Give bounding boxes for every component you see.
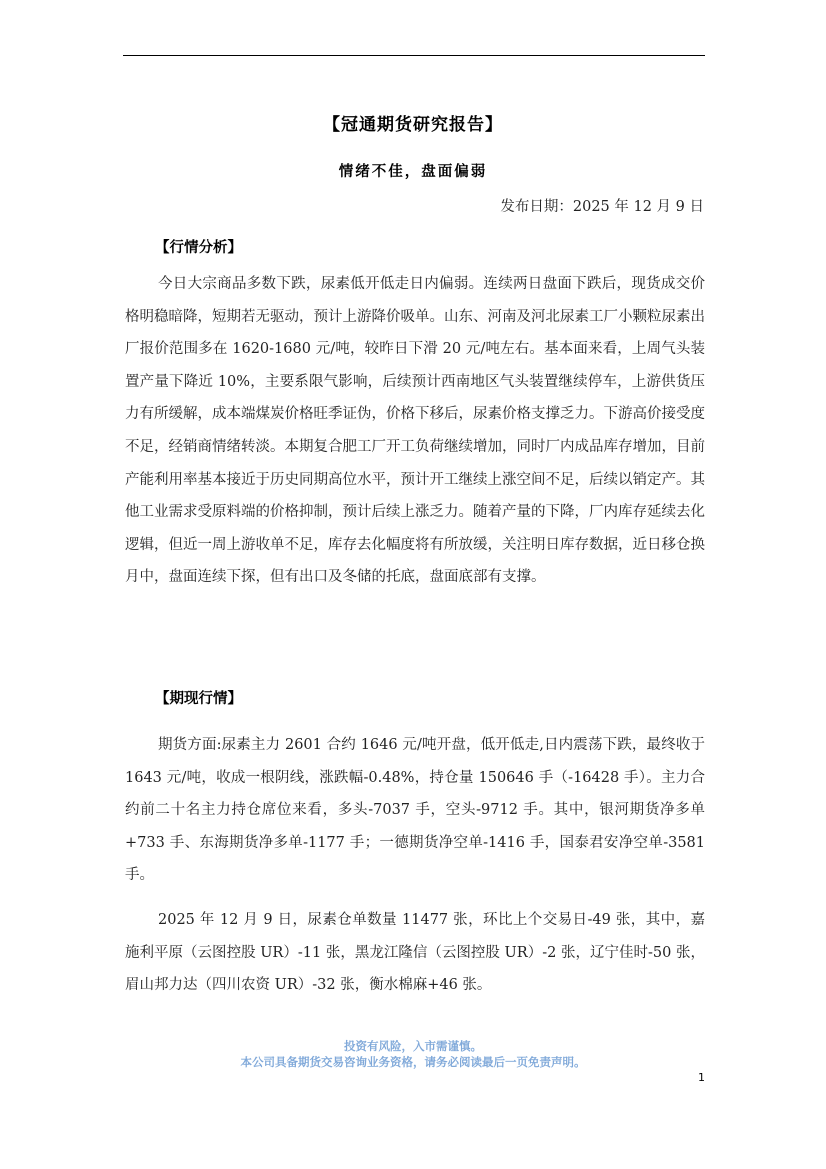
report-title: 【冠通期货研究报告】 <box>0 110 826 135</box>
warehouse-receipt-paragraph: 2025 年 12 月 9 日，尿素仓单数量 11477 张，环比上个交易日-4… <box>125 904 705 1002</box>
header-rule <box>123 55 705 56</box>
futures-paragraph: 期货方面:尿素主力 2601 合约 1646 元/吨开盘，低开低走,日内震荡下跌… <box>125 729 705 892</box>
footer-disclaimer: 投资有风险，入市需谨慎。 本公司具备期货交易咨询业务资格，请务必阅读最后一页免责… <box>0 1038 826 1070</box>
risk-warning: 投资有风险，入市需谨慎。 <box>0 1038 826 1054</box>
report-subtitle: 情绪不佳，盘面偏弱 <box>0 160 826 181</box>
page-number: 1 <box>698 1071 705 1084</box>
section-heading-market-analysis: 【行情分析】 <box>155 236 242 257</box>
publish-date: 发布日期：2025 年 12 月 9 日 <box>500 195 704 216</box>
market-analysis-paragraph: 今日大宗商品多数下跌，尿素低开低走日内偏弱。连续两日盘面下跌后，现货成交价格明稳… <box>125 268 705 594</box>
section-heading-futures-spot: 【期现行情】 <box>155 687 242 708</box>
qualification-notice: 本公司具备期货交易咨询业务资格，请务必阅读最后一页免责声明。 <box>0 1054 826 1070</box>
